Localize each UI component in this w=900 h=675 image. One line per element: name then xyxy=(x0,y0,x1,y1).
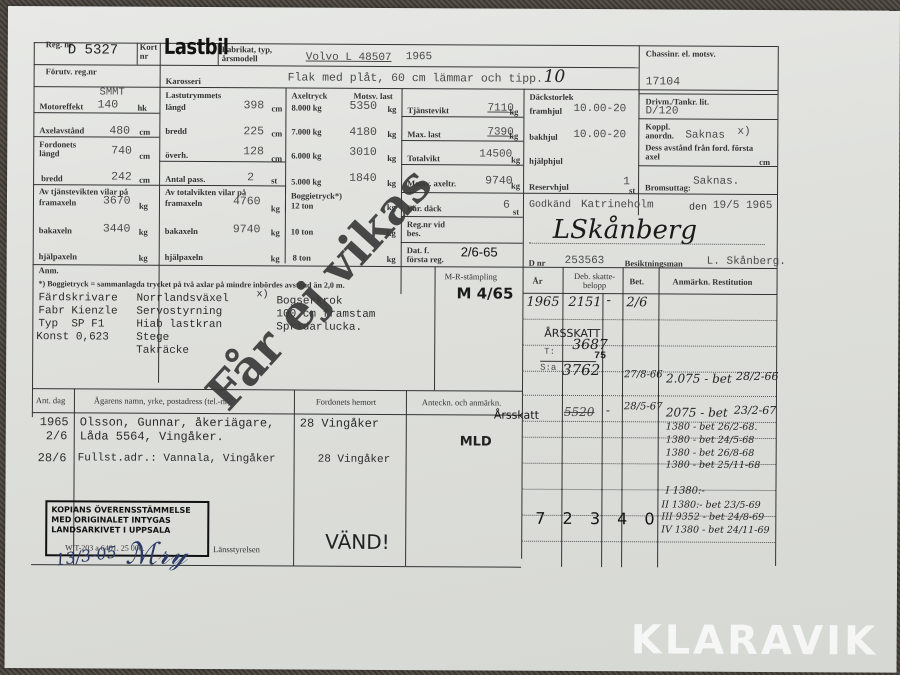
note68: 1380 - bet 26/2-68. xyxy=(666,421,758,432)
anm-label: Anm. xyxy=(39,266,59,275)
vand-note: VÄND! xyxy=(325,530,390,554)
unit: kg xyxy=(387,104,396,114)
total-hjalpaxeln-label: hjälpaxeln xyxy=(165,253,203,262)
antal-pass-value: 2 xyxy=(247,171,254,184)
fordonets-langd-label: Fordonets längd xyxy=(39,140,91,158)
drivm-value: D/120 xyxy=(645,105,678,117)
bakhjul-value: 10.00-20 xyxy=(573,129,626,141)
owner-row-hemort: 28 Vingåker xyxy=(300,418,379,431)
fabrikat-label: Fabrikat, typ, årsmodell xyxy=(222,45,292,63)
rule xyxy=(285,185,286,263)
inspector-signature: LSkånberg xyxy=(553,215,697,246)
total-bakaxeln-label: bakaxeln xyxy=(165,227,198,236)
tax-header-year: År xyxy=(533,277,543,286)
note69: II 1380:- bet 23/5-69 xyxy=(661,499,760,511)
row66-date: 28/2-66 xyxy=(736,370,778,383)
owner-row-date: 2/6 xyxy=(46,430,68,443)
lansstyrelsen-label: Länsstyrelsen xyxy=(213,545,260,554)
klaravik-watermark: KLARAVIK xyxy=(631,617,879,664)
row-divider xyxy=(522,319,776,321)
boggie-row-label: 10 ton xyxy=(291,227,313,236)
row-divider xyxy=(522,395,776,397)
rule xyxy=(523,293,777,295)
rule xyxy=(638,89,640,215)
row67-note: 2075 - bet xyxy=(666,405,728,419)
owner-row-date: 1965 xyxy=(40,416,69,429)
bromsuttag-value: Saknas. xyxy=(693,176,739,188)
rule xyxy=(434,266,436,390)
owner-row-text: Låda 5564, Vingåker. xyxy=(80,430,224,444)
rule xyxy=(639,93,778,95)
tjanst-hjalpaxeln-label: hjälpaxeln xyxy=(39,252,77,261)
cargo-bredd-label: bredd xyxy=(165,127,187,136)
tax-bet: 2/6 xyxy=(626,295,647,310)
godkand-label: Godkänd xyxy=(529,201,571,212)
mld-stamp: MLD xyxy=(460,434,492,449)
cargo-bredd-value: 225 xyxy=(243,125,264,138)
remarks-col2-line: Takräcke xyxy=(136,345,189,358)
max-last-label: Max. last xyxy=(407,130,441,139)
unit: kg xyxy=(139,227,148,237)
rule xyxy=(405,390,407,566)
rule xyxy=(159,161,285,163)
boggie-row-label: 12 ton xyxy=(291,201,313,210)
row-divider xyxy=(521,541,775,543)
rule xyxy=(401,116,523,118)
totalvikt-vilar-label: Av totalvikten vilar på xyxy=(165,188,285,198)
unit: kg xyxy=(387,129,396,139)
rule xyxy=(218,43,219,65)
framhjul-value: 10.00-20 xyxy=(573,103,626,115)
motoreffekt-label: Motoreffekt xyxy=(39,102,83,111)
unit: st xyxy=(513,207,519,217)
boggietryck-label: Boggietryck*) xyxy=(291,191,342,200)
axle-row-value: 4180 xyxy=(349,126,377,139)
row-divider xyxy=(522,345,776,347)
unit: kg xyxy=(271,203,280,213)
smmt-label: SMMT xyxy=(100,86,125,98)
axle-row-label: 7.000 kg xyxy=(291,127,321,136)
registration-form: Reg. nr D 5327 Kort nr Lastbil Fabrikat,… xyxy=(31,34,794,568)
unit: kg xyxy=(511,181,520,191)
koppl-value: Saknas xyxy=(685,130,725,142)
axle-row-value: 3010 xyxy=(349,146,377,159)
remarks-col1-line: Färdskrivare xyxy=(38,292,117,305)
approval-date: 19/5 1965 xyxy=(713,200,772,212)
koppl-label: Koppl. anordn. xyxy=(645,122,685,140)
unit: cm xyxy=(271,103,282,113)
big-number: 7 2 3 4 0 xyxy=(535,509,660,529)
karosseri-handwritten: 10 xyxy=(544,67,566,87)
ant-dag-header: Ant. dag xyxy=(36,396,65,405)
total-bakaxeln-value: 9740 xyxy=(233,223,261,236)
koppl-footnote-mark: x) xyxy=(737,126,750,138)
arsmodell-value: 1965 xyxy=(406,51,432,63)
bakhjul-label: bakhjul xyxy=(529,133,557,142)
cargo-overh-value: 128 xyxy=(243,145,264,158)
axle-row-label: 6.000 kg xyxy=(291,151,321,160)
owner-header: Ägarens namn, yrke, postadress (tel.-nr) xyxy=(94,396,231,406)
remarks-col2-line: Norrlandsväxel xyxy=(136,293,228,306)
row67-amount: 5520 xyxy=(564,405,595,419)
unit: cm xyxy=(271,128,282,138)
axle-row-value: 1840 xyxy=(349,172,377,185)
remarks-col2-line: Stege xyxy=(136,332,169,345)
registration-document: Reg. nr D 5327 Kort nr Lastbil Fabrikat,… xyxy=(5,6,900,673)
karosseri-label: Karosseri xyxy=(166,77,201,86)
hjalphjul-label: hjälphjul xyxy=(529,157,563,166)
document-type-title: Lastbil xyxy=(164,35,229,61)
row67-dash: - xyxy=(606,403,610,417)
motoreffekt-value: 140 xyxy=(97,98,118,111)
t-label: T: xyxy=(544,347,555,357)
rule xyxy=(160,65,639,69)
total-framaxeln-value: 4760 xyxy=(233,195,261,208)
unit: cm xyxy=(139,151,150,161)
cargo-overh-label: överh. xyxy=(165,151,188,160)
godkand-place: Katrineholm xyxy=(581,199,654,211)
note69: IV 1380 - bet 24/11-69 xyxy=(661,524,769,536)
chassinr-value: 17104 xyxy=(646,75,681,88)
axeltryck-label: Axeltryck xyxy=(292,91,328,100)
bar-dack-value: 6 xyxy=(503,199,510,212)
rule xyxy=(638,118,777,120)
anteckn-header: Anteckn. och anmärkn. xyxy=(422,398,501,407)
kort-nr-label: Kort nr xyxy=(140,43,162,61)
tax-dash: - xyxy=(606,293,610,308)
rule xyxy=(137,43,138,65)
tjanst-framaxeln-value: 3670 xyxy=(103,195,131,208)
mr-stampling-label: M-R-stämpling xyxy=(445,272,497,281)
row66-note: 2.075 - bet xyxy=(666,371,732,385)
axle-row-label: 5.000 kg xyxy=(291,177,321,186)
row67-date: 23/2-67 xyxy=(734,404,776,417)
unit: kg xyxy=(509,107,518,117)
unit: kg xyxy=(509,131,518,141)
note68: 1380 - bet 24/5-68 xyxy=(666,434,755,445)
axle-row-label: 8.000 kg xyxy=(291,103,321,112)
motsv-axeltr-value: 9740 xyxy=(485,175,513,188)
unit: st xyxy=(271,175,277,185)
rule xyxy=(32,388,522,392)
row66-bet: 27/8-66 xyxy=(624,369,663,380)
tax-amount: 2151 xyxy=(568,295,601,310)
cargo-langd-value: 398 xyxy=(243,99,264,112)
unit: kg xyxy=(511,155,520,165)
dackstorlek-label: Däckstorlek xyxy=(530,93,574,102)
forutv-label: Förutv. reg.nr xyxy=(46,67,97,76)
remarks-col2-line: Servostyrning xyxy=(136,306,222,319)
rule xyxy=(523,193,777,195)
axelavstand-label: Axelavstånd xyxy=(39,126,84,135)
owner-row-date: 28/6 xyxy=(38,452,67,465)
tjanst-framaxeln-label: framaxeln xyxy=(39,198,76,207)
den-label: den xyxy=(689,204,707,215)
note69: I 1380:- xyxy=(665,485,704,496)
reg-nr: D 5327 xyxy=(68,42,119,58)
note69: III 9352 - bet 24/8-69 xyxy=(661,511,764,523)
rule xyxy=(638,165,777,167)
besiktningsman-value: L. Skånberg. xyxy=(707,256,786,268)
remarks-col1-line: Konst 0,623 xyxy=(36,331,109,344)
d-nr-value: 253563 xyxy=(565,255,605,267)
totalvikt-label: Totalvikt xyxy=(407,154,440,163)
unit: kg xyxy=(387,153,396,163)
stamp-line: LANDSARKIVET I UPPSALA xyxy=(51,525,203,536)
tjanst-bakaxeln-label: bakaxeln xyxy=(39,226,72,235)
unit: kg xyxy=(271,227,280,237)
remarks-col1-line: Typ SP F1 xyxy=(38,318,104,331)
dess-avstand-label: Dess avstånd från ford. första axel xyxy=(645,143,769,161)
unit: hk xyxy=(137,103,147,113)
axle-row-value: 5350 xyxy=(349,100,377,113)
tax-year: 1965 xyxy=(526,295,559,310)
bromsuttag-label: Bromsuttag: xyxy=(645,183,691,192)
tjanstevikt-label: Tjänstevikt xyxy=(407,106,449,115)
rule xyxy=(33,136,159,138)
remarks-col1-line: Fabr Kienzle xyxy=(38,305,117,318)
note68: 1380 - bet 26/8-68 xyxy=(666,447,755,458)
total-framaxeln-label: framaxeln xyxy=(165,199,202,208)
karosseri-value: Flak med plåt, 60 cm lämmar och tipp. xyxy=(288,71,543,85)
unit: kg xyxy=(271,253,280,263)
reservhjul-label: Reservhjul xyxy=(529,183,569,192)
tax-header-bet: Bet. xyxy=(630,277,644,286)
row67-bet: 28/5-67 xyxy=(624,401,663,412)
tax-header-amount: Deb. skatte-belopp xyxy=(567,272,623,290)
fabrikat-value: Volvo L 48507 xyxy=(306,52,392,64)
remarks-col2-line: Hiab lastkran xyxy=(136,319,222,332)
rule xyxy=(31,564,521,568)
tjanstevikt-vilar-label: Av tjänstevikten vilar på xyxy=(39,187,157,197)
note68: 1380 - bet 25/11-68 xyxy=(666,459,761,470)
hemort-header: Fordonets hemort xyxy=(316,398,376,407)
unit: kg xyxy=(387,254,396,264)
unit: cm xyxy=(139,175,150,185)
chassinr-label: Chassinr. el. motsv. xyxy=(646,49,716,58)
antal-pass-label: Antal pass. xyxy=(165,175,205,184)
unit: kg xyxy=(139,201,148,211)
totalvikt-value: 14500 xyxy=(479,148,512,160)
rule xyxy=(293,390,295,566)
dat-forsta-reg-label: Dat. f. första reg. xyxy=(407,246,451,264)
row-divider xyxy=(521,489,775,491)
remarks-footnote-mark: x) xyxy=(256,288,268,301)
tjanst-bakaxeln-value: 3440 xyxy=(103,222,131,235)
fordonets-langd-value: 740 xyxy=(111,145,132,158)
unit: cm xyxy=(139,127,150,137)
cargo-langd-label: längd xyxy=(165,103,185,112)
rule xyxy=(32,42,35,417)
owner-row-text: Olsson, Gunnar, åkeriägare, xyxy=(80,416,275,430)
dat-forsta-reg-value: 2/6-65 xyxy=(461,244,498,259)
rule xyxy=(33,112,159,114)
bredd-label: bredd xyxy=(41,174,63,183)
rule xyxy=(401,140,523,142)
rule xyxy=(775,46,779,566)
tax-header-restitution: Anmärkn. Restitution xyxy=(673,277,753,286)
rule xyxy=(401,164,523,166)
lastutrymmets-label: Lastutrymmets xyxy=(166,91,222,100)
archive-signature: ℳ𝓇𝓎 xyxy=(125,537,187,572)
framhjul-label: framhjul xyxy=(529,107,562,116)
bredd-value: 242 xyxy=(111,171,132,184)
unit: kg xyxy=(139,253,148,263)
mr-stamp-value: M 4/65 xyxy=(456,284,513,302)
owner-row-text: Fullst.adr.: Vannala, Vingåker xyxy=(78,452,276,466)
owner-row-hemort: 28 Vingåker xyxy=(318,454,391,467)
